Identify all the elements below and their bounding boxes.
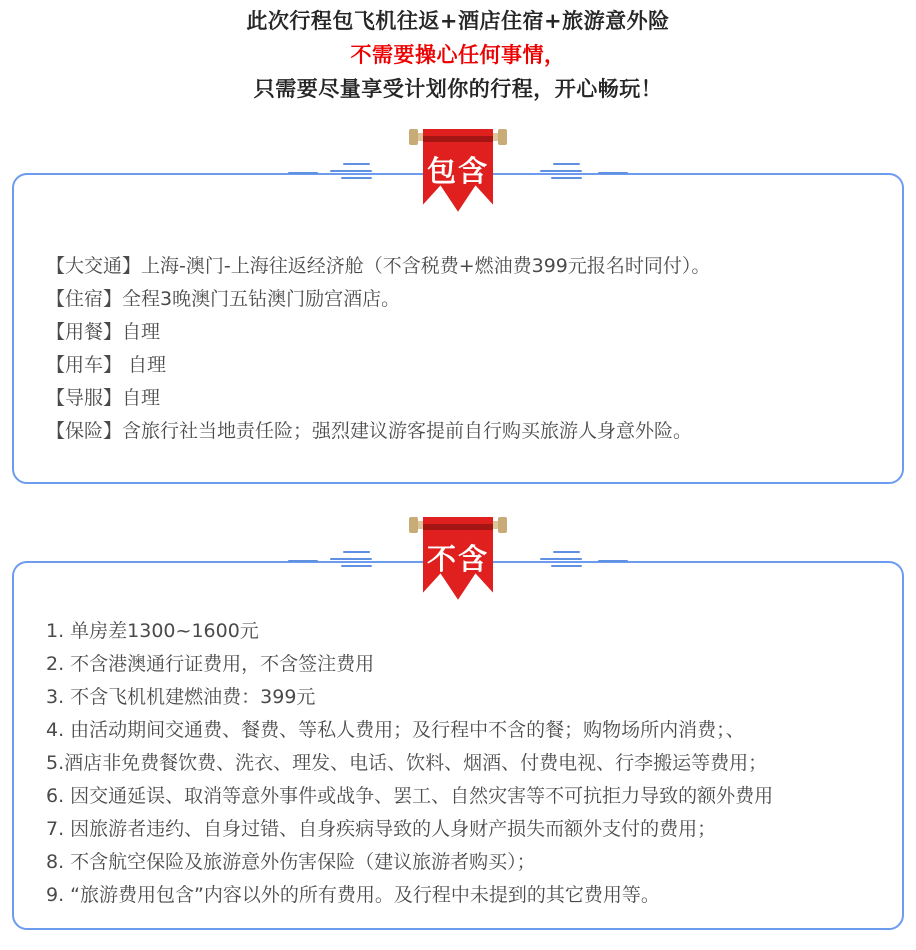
excluded-item-4: 4. 由活动期间交通费、餐费、等私人费用；及行程中不含的餐；购物场所内消费；、: [46, 714, 870, 747]
included-item-transport: 【大交通】上海-澳门-上海往返经济舱（不含税费+燃油费399元报名时同付）。: [46, 250, 870, 283]
included-item-insurance: 【保险】含旅行社当地责任险；强烈建议游客提前自行购买旅游人身意外险。: [46, 415, 870, 448]
page: 此次行程包飞机往返+酒店住宿+旅游意外险 不需要操心任何事情， 只需要尽量享受计…: [0, 0, 916, 950]
wind-lines-icon: [330, 551, 372, 568]
excluded-badge-label: 不含: [427, 537, 489, 578]
excluded-item-1: 1. 单房差1300~1600元: [46, 615, 870, 648]
ribbon-pennant-icon: 包含: [423, 129, 493, 217]
wind-lines-icon: [330, 163, 372, 180]
wind-lines-icon: [540, 163, 582, 180]
headline-highlight: 不需要操心任何事情，: [0, 42, 916, 68]
excluded-panel: 1. 单房差1300~1600元 2. 不含港澳通行证费用，不含签注费用 3. …: [12, 561, 904, 930]
included-panel: 【大交通】上海-澳门-上海往返经济舱（不含税费+燃油费399元报名时同付）。 【…: [12, 173, 904, 484]
excluded-item-5: 5.酒店非免费餐饮费、洗衣、理发、电话、饮料、烟酒、付费电视、行李搬运等费用；: [46, 747, 870, 780]
excluded-item-3: 3. 不含飞机机建燃油费：399元: [46, 681, 870, 714]
wind-dash-icon: [598, 172, 628, 174]
ribbon-pennant-icon: 不含: [423, 517, 493, 605]
included-ribbon-badge: 包含: [423, 129, 493, 217]
wind-dash-icon: [288, 172, 318, 174]
included-section: 包含 【大交通】上海-澳门-上海往返经济舱（不含税费+燃油费399元报名时同付）…: [12, 129, 904, 484]
headline-sub: 只需要尽量享受计划你的行程，开心畅玩！: [0, 76, 916, 102]
included-badge-label: 包含: [427, 149, 489, 190]
included-item-guide: 【导服】自理: [46, 382, 870, 415]
wind-dash-icon: [288, 560, 318, 562]
excluded-item-7: 7. 因旅游者违约、自身过错、自身疾病导致的人身财产损失而额外支付的费用；: [46, 813, 870, 846]
wind-lines-icon: [540, 551, 582, 568]
excluded-item-6: 6. 因交通延误、取消等意外事件或战争、罢工、自然灾害等不可抗拒力导致的额外费用: [46, 780, 870, 813]
excluded-item-9: 9. “旅游费用包含”内容以外的所有费用。及行程中未提到的其它费用等。: [46, 879, 870, 912]
headline-main: 此次行程包飞机往返+酒店住宿+旅游意外险: [0, 8, 916, 34]
excluded-item-8: 8. 不含航空保险及旅游意外伤害保险（建议旅游者购买）；: [46, 846, 870, 879]
included-item-meals: 【用餐】自理: [46, 316, 870, 349]
header: 此次行程包飞机往返+酒店住宿+旅游意外险 不需要操心任何事情， 只需要尽量享受计…: [0, 0, 916, 102]
included-item-hotel: 【住宿】全程3晚澳门五钻澳门励宫酒店。: [46, 283, 870, 316]
included-item-car: 【用车】 自理: [46, 349, 870, 382]
excluded-ribbon-badge: 不含: [423, 517, 493, 605]
wind-dash-icon: [598, 560, 628, 562]
excluded-item-2: 2. 不含港澳通行证费用，不含签注费用: [46, 648, 870, 681]
excluded-section: 不含 1. 单房差1300~1600元 2. 不含港澳通行证费用，不含签注费用 …: [12, 517, 904, 930]
